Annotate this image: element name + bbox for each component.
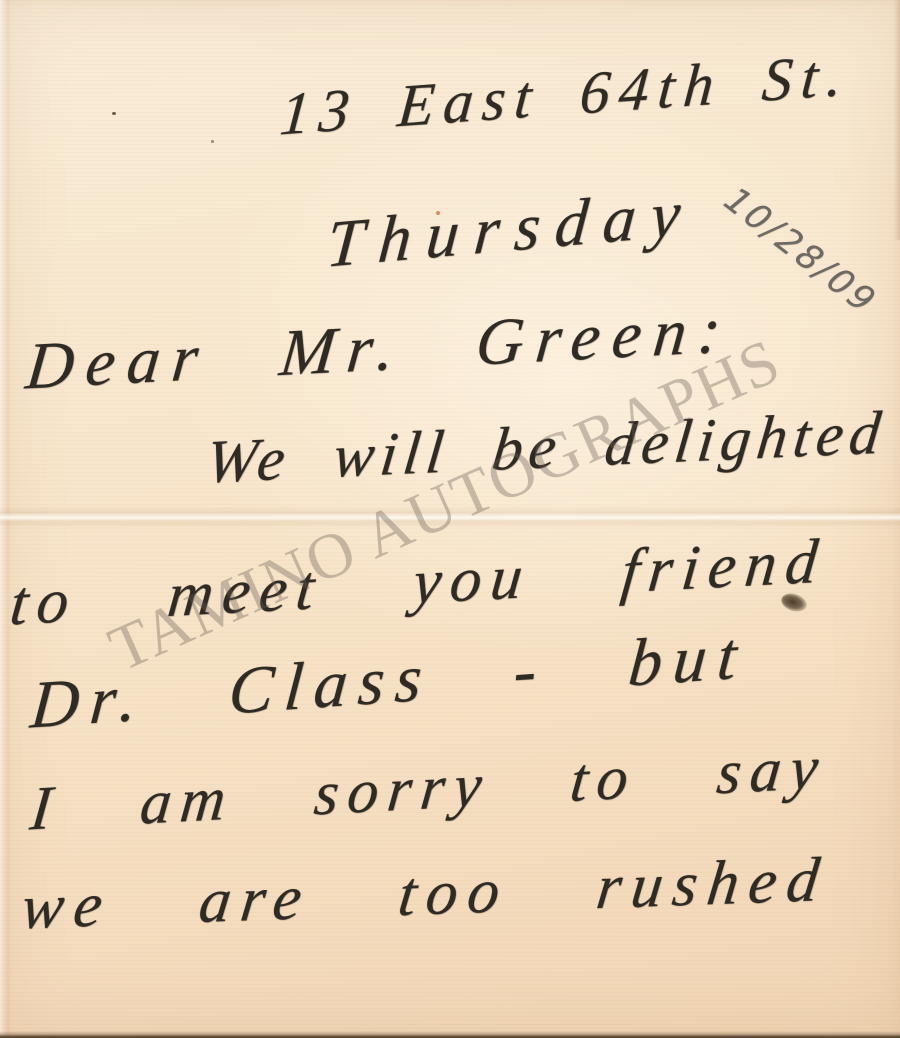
fold-crease <box>0 506 900 528</box>
scan-right-edge <box>894 0 900 240</box>
paper-speck <box>436 211 440 215</box>
pencil-date-annotation: 10/28/09 <box>713 182 887 320</box>
scan-left-edge <box>0 0 14 1038</box>
letter-page: 13 East 64th St. Thursday 10/28/09 Dear … <box>0 0 900 1038</box>
day-line: Thursday <box>324 180 698 279</box>
address-line: 13 East 64th St. <box>278 44 854 144</box>
salutation-line: Dear Mr. Green: <box>23 297 736 400</box>
scan-bottom-edge <box>0 1031 900 1038</box>
body-line: we are too rushed <box>18 848 832 939</box>
body-line: to meet you friend <box>7 529 829 635</box>
ink-speck <box>112 112 116 115</box>
body-line: We will be delighted <box>203 402 889 493</box>
ink-speck <box>211 140 214 143</box>
body-line: Dr. Class - but <box>28 622 750 740</box>
body-line: I am sorry to say <box>27 736 830 840</box>
